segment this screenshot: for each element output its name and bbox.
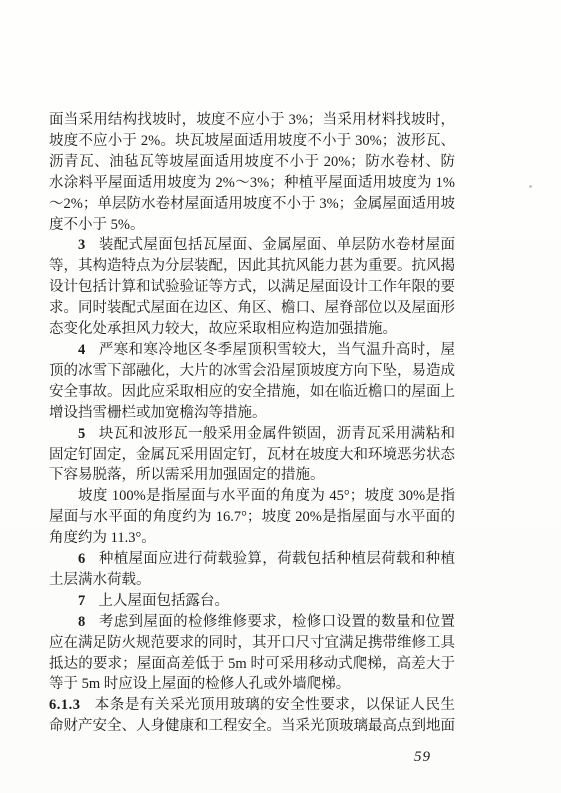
item-number: 3 bbox=[78, 237, 86, 253]
item-number: 7 bbox=[78, 593, 86, 609]
paragraph-text: 装配式屋面包括瓦屋面、金属屋面、单层防水卷材屋面等，其构造特点为分层装配，因此其… bbox=[49, 237, 455, 337]
paragraph-text: 坡度 100%是指屋面与水平面的角度为 45°；坡度 30%是指屋面与水平面的角… bbox=[49, 488, 455, 546]
numbered-item-7: 7上人屋面包括露台。 bbox=[49, 591, 455, 612]
slope-angle-note: 坡度 100%是指屋面与水平面的角度为 45°；坡度 30%是指屋面与水平面的角… bbox=[49, 486, 455, 549]
scan-speck bbox=[386, 344, 388, 346]
numbered-item-4: 4严寒和寒冷地区冬季屋顶积雪较大，当气温升高时，屋顶的冰雪下部融化，大片的冰雪会… bbox=[49, 340, 455, 424]
item-number: 6 bbox=[78, 551, 86, 567]
paragraph-text: 本条是有关采光顶用玻璃的安全性要求，以保证人民生命财产安全、人身健康和工程安全。… bbox=[49, 697, 455, 734]
item-number: 4 bbox=[78, 342, 86, 358]
page-number: 59 bbox=[414, 749, 444, 766]
scan-speck bbox=[158, 382, 160, 384]
document-page: 面当采用结构找坡时，坡度不应小于 3%；当采用材料找坡时，坡度不应小于 2%。块… bbox=[0, 0, 561, 793]
paragraph-continuation: 面当采用结构找坡时，坡度不应小于 3%；当采用材料找坡时，坡度不应小于 2%。块… bbox=[49, 110, 455, 235]
item-number: 8 bbox=[78, 614, 86, 630]
body-text: 面当采用结构找坡时，坡度不应小于 3%；当采用材料找坡时，坡度不应小于 2%。块… bbox=[49, 110, 455, 737]
numbered-item-8: 8考虑到屋面的检修维修要求，检修口设置的数量和位置应在满足防火规范要求的同时，其… bbox=[49, 612, 455, 696]
scan-speck bbox=[529, 185, 532, 188]
paragraph-text: 块瓦和波形瓦一般采用金属件锁固，沥青瓦采用满粘和固定钉固定，金属瓦采用固定钉，瓦… bbox=[49, 426, 455, 484]
paragraph-text: 面当采用结构找坡时，坡度不应小于 3%；当采用材料找坡时，坡度不应小于 2%。块… bbox=[49, 112, 455, 233]
clause-6-1-3: 6.1.3本条是有关采光顶用玻璃的安全性要求，以保证人民生命财产安全、人身健康和… bbox=[49, 695, 455, 737]
paragraph-text: 种植屋面应进行荷载验算，荷载包括种植层荷载和种植土层满水荷载。 bbox=[49, 551, 455, 588]
clause-number: 6.1.3 bbox=[49, 697, 81, 713]
numbered-item-5: 5块瓦和波形瓦一般采用金属件锁固，沥青瓦采用满粘和固定钉固定，金属瓦采用固定钉，… bbox=[49, 424, 455, 487]
numbered-item-6: 6种植屋面应进行荷载验算，荷载包括种植层荷载和种植土层满水荷载。 bbox=[49, 549, 455, 591]
numbered-item-3: 3装配式屋面包括瓦屋面、金属屋面、单层防水卷材屋面等，其构造特点为分层装配，因此… bbox=[49, 235, 455, 340]
item-number: 5 bbox=[78, 426, 86, 442]
paragraph-text: 严寒和寒冷地区冬季屋顶积雪较大，当气温升高时，屋顶的冰雪下部融化，大片的冰雪会沿… bbox=[49, 342, 455, 421]
paragraph-text: 考虑到屋面的检修维修要求，检修口设置的数量和位置应在满足防火规范要求的同时，其开… bbox=[49, 614, 455, 693]
paragraph-text: 上人屋面包括露台。 bbox=[99, 593, 230, 609]
